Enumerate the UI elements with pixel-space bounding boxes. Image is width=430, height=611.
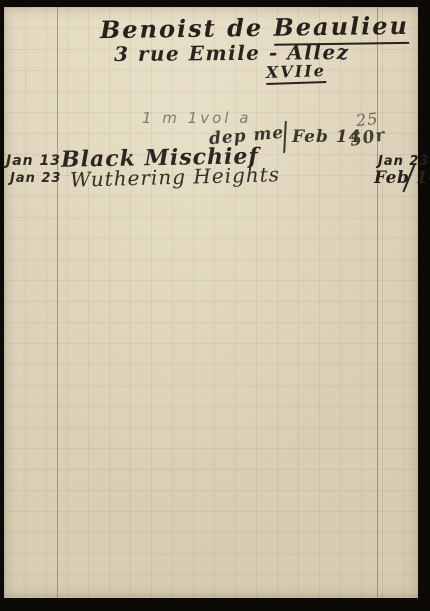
entry-checkout-date: Jan 23: [10, 172, 61, 185]
deposit-amount: 50r: [349, 127, 387, 150]
right-margin-rule: [377, 7, 378, 598]
left-margin-rule: [57, 7, 58, 598]
membership-terms: 1 m 1vol a: [142, 111, 251, 126]
member-district: XVIIe: [266, 63, 327, 85]
deposit-separator-stroke: [283, 121, 287, 153]
entry-checkout-date: Jan 13: [6, 154, 61, 168]
member-name: Benoist de Beaulieu: [100, 14, 409, 42]
entry-return-date: Feb 14: [374, 170, 430, 187]
entry-return-date: Jan 23: [378, 155, 429, 168]
entry-book-title: Wuthering Heights: [70, 164, 280, 189]
member-name-prefix: Benoist de: [100, 13, 264, 44]
library-card: Benoist de Beaulieu 3 rue Emile - Allez …: [4, 7, 418, 598]
